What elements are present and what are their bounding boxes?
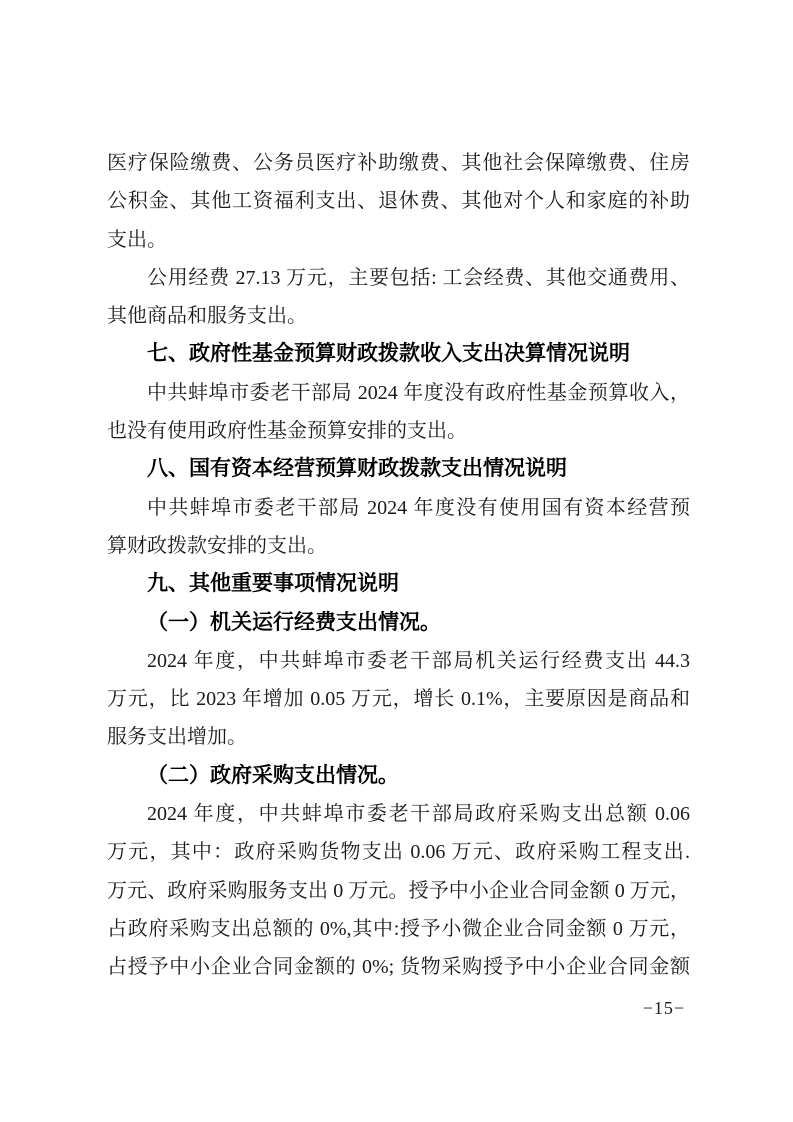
page-number: −15− xyxy=(643,998,685,1019)
subsection-heading-1: （一）机关运行经费支出情况。 xyxy=(107,604,690,642)
body-line-15: 万元，比 2023 年增加 0.05 万元，增长 0.1%，主要原因是商品和 xyxy=(107,680,690,718)
body-line-18: 2024 年度，中共蚌埠市委老干部局政府采购支出总额 0.06 xyxy=(107,795,690,833)
body-line-22: 占授予中小企业合同金额的 0%; 货物采购授予中小企业合同金额 xyxy=(107,948,690,986)
section-heading-9: 九、其他重要事项情况说明 xyxy=(107,565,690,603)
document-page: 医疗保险缴费、公务员医疗补助缴费、其他社会保障缴费、住房 公积金、其他工资福利支… xyxy=(0,0,793,1122)
section-heading-7: 七、政府性基金预算财政拨款收入支出决算情况说明 xyxy=(107,335,690,373)
body-line-10: 中共蚌埠市委老干部局 2024 年度没有使用国有资本经营预 xyxy=(107,489,690,527)
body-line-02: 公积金、其他工资福利支出、退休费、其他对个人和家庭的补助 xyxy=(107,182,690,220)
body-line-19: 万元，其中：政府采购货物支出 0.06 万元、政府采购工程支出. xyxy=(107,833,690,871)
body-line-11: 算财政拨款安排的支出。 xyxy=(107,527,690,565)
body-line-04: 公用经费 27.13 万元，主要包括: 工会经费、其他交通费用、 xyxy=(107,259,690,297)
body-line-21: 占政府采购支出总额的 0%,其中:授予小微企业合同金额 0 万元， xyxy=(107,910,690,948)
section-heading-8: 八、国有资本经营预算财政拨款支出情况说明 xyxy=(107,450,690,488)
document-text-block: 医疗保险缴费、公务员医疗补助缴费、其他社会保障缴费、住房 公积金、其他工资福利支… xyxy=(107,144,690,987)
body-line-20: 万元、政府采购服务支出 0 万元。授予中小企业合同金额 0 万元， xyxy=(107,872,690,910)
subsection-heading-2: （二）政府采购支出情况。 xyxy=(107,757,690,795)
body-line-01: 医疗保险缴费、公务员医疗补助缴费、其他社会保障缴费、住房 xyxy=(107,144,690,182)
body-line-07: 中共蚌埠市委老干部局 2024 年度没有政府性基金预算收入， xyxy=(107,374,690,412)
body-line-14: 2024 年度，中共蚌埠市委老干部局机关运行经费支出 44.3 xyxy=(107,642,690,680)
body-line-16: 服务支出增加。 xyxy=(107,718,690,756)
body-line-03: 支出。 xyxy=(107,221,690,259)
body-line-08: 也没有使用政府性基金预算安排的支出。 xyxy=(107,412,690,450)
body-line-05: 其他商品和服务支出。 xyxy=(107,297,690,335)
